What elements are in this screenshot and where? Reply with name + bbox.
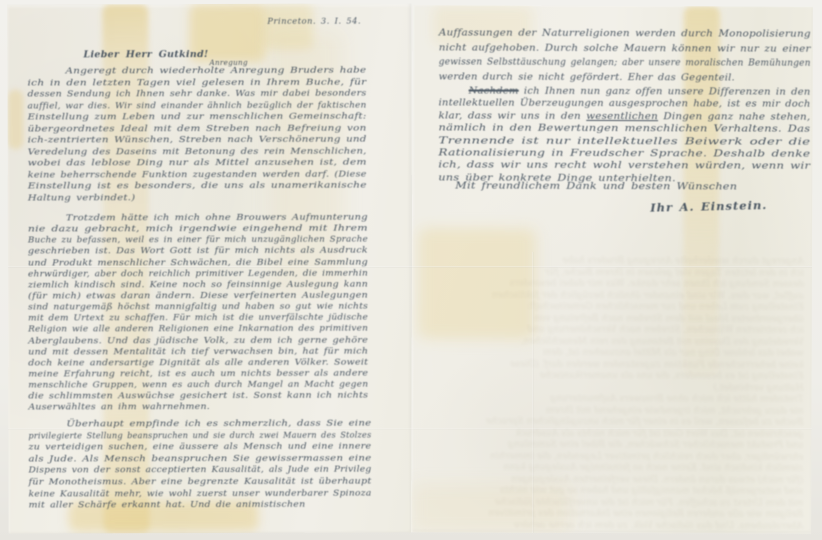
handwritten-line: privilegierte Stellung beanspruchen und … (28, 430, 371, 442)
handwritten-line: und Produkt menschlicher Schwächen, die … (28, 257, 368, 269)
closing-line: Mit freundlichem Dank und besten Wünsche… (455, 181, 737, 194)
handwritten-line: Trotzdem hätte ich mich ohne Brouwers Au… (28, 213, 368, 225)
handwritten-line: Überhaupt empfinde ich es schmerzlich, d… (28, 419, 371, 431)
paragraph-1: Angeregt durch wiederholte Anregung Brud… (27, 66, 366, 205)
letter-page-1: Princeton. 3. I. 54. Lieber Herr Gutkind… (7, 3, 412, 533)
handwritten-line: auffiel, war dies. Wir sind einander ähn… (28, 100, 367, 112)
handwritten-line: nicht aufgehoben. Durch solche Mauern kö… (439, 42, 811, 58)
handwritten-line: dessen Sendung ich Ihnen sehr danke. Was… (28, 89, 367, 101)
handwritten-line: mit aller Schärfe erkannt hat. Und die a… (29, 500, 372, 512)
handwritten-line: (für mich) etwas daran ändern. Diese ver… (28, 291, 368, 303)
handwritten-line: ich in den letzten Tagen viel gelesen in… (28, 77, 367, 89)
handwritten-line: Auserwähltes an ihm wahrnehmen. (28, 402, 368, 414)
handwritten-line: Aberglaubens. Und das jüdische Volk, zu … (28, 335, 368, 347)
paragraph-2: Trotzdem hätte ich mich ohne Brouwers Au… (28, 213, 369, 414)
handwritten-line: mit dem Urtext zu schaffen. Für mich ist… (28, 313, 368, 325)
handwritten-line: Veredelung des Daseins mit Betonung des … (28, 146, 367, 158)
handwritten-line: Religion wie alle anderen Religionen ein… (28, 324, 368, 336)
handwritten-line: doch keine andersartige Dignität als all… (28, 357, 368, 369)
handwritten-line: ich-zentrierten Wünschen, Streben nach V… (28, 135, 367, 147)
handwritten-line: ehrwürdiger, aber doch reichlich primiti… (28, 268, 368, 280)
handwritten-line: wobei das leblose Ding nur als Mittel an… (28, 158, 367, 170)
handwritten-line: Angeregt durch wiederholte Anregung Brud… (27, 66, 366, 78)
edge-stain (8, 89, 24, 149)
salutation: Lieber Herr Gutkind! (83, 49, 208, 60)
handwritten-line: geschrieben ist. Das Wort Gott ist für m… (28, 246, 368, 258)
paragraph-3: Überhaupt empfinde ich es schmerzlich, d… (28, 419, 371, 513)
handwritten-line: Einstellung ist es besonders, die uns al… (28, 181, 367, 193)
underlined-word: wesentlichen (586, 111, 658, 122)
handwritten-line: menschliche Gruppen, wenn es auch durch … (28, 380, 368, 392)
handwritten-line: übergeordnetes Ideal mit dem Streben nac… (28, 123, 367, 135)
handwritten-line: Haltung verbindet.) (28, 192, 367, 204)
handwritten-line: Dispens von der sonst acceptierten Kausa… (29, 465, 372, 477)
handwritten-line: gewissen Selbsttäuschung gelangen; aber … (439, 57, 811, 73)
handwritten-line: meine Erfahrung reicht, ist es auch um n… (28, 369, 368, 381)
handwritten-line: nie dazu gebracht, mich irgendwie eingeh… (28, 224, 368, 236)
signature: Ihr A. Einstein. (650, 198, 767, 215)
handwritten-line: die schlimmsten Auswüchse gesichert ist.… (28, 391, 368, 403)
paragraph-5: Nachdem ich Ihnen nun ganz offen unsere … (438, 85, 810, 185)
handwritten-line: Mit freundlichem Dank und besten Wünsche… (455, 181, 737, 194)
handwritten-line: für Monotheismus. Aber eine begrenzte Ka… (29, 477, 372, 489)
handwritten-line: und mit dessen Mentalität ich tief verwa… (28, 346, 368, 358)
handwritten-line: keine beherrschende Funktion zugestanden… (28, 169, 367, 181)
date-line: Princeton. 3. I. 54. (267, 16, 361, 26)
handwritten-line: als Jude. Als Mensch beanspruchen Sie ge… (28, 453, 371, 465)
handwritten-line: keine Kausalität mehr, wie wohl zuerst u… (29, 488, 372, 500)
handwritten-line: Buche zu befassen, weil es in einer für … (28, 235, 368, 247)
handwritten-line: Einstellung zum Leben und zur menschlich… (28, 112, 367, 124)
handwritten-line: ziemlich kindisch sind. Keine noch so fe… (28, 279, 368, 291)
struck-word: Nachdem (469, 85, 519, 96)
paragraph-4: Auffassungen der Naturreligionen werden … (439, 27, 811, 87)
letter-page-2: Angeregt durch wiederholte Anregung Brud… (411, 5, 813, 533)
letter-photo: Princeton. 3. I. 54. Lieber Herr Gutkind… (0, 0, 822, 540)
handwritten-line: Auffassungen der Naturreligionen werden … (439, 27, 811, 43)
handwritten-line: zu verteidigen suchen, eine äussere als … (28, 442, 371, 454)
tape-stain (263, 4, 313, 50)
bleed-through-text: Angeregt durch wiederholte Anregung Brud… (425, 255, 804, 528)
handwritten-line: sind naturgemäß höchst mannigfaltig und … (28, 302, 368, 314)
